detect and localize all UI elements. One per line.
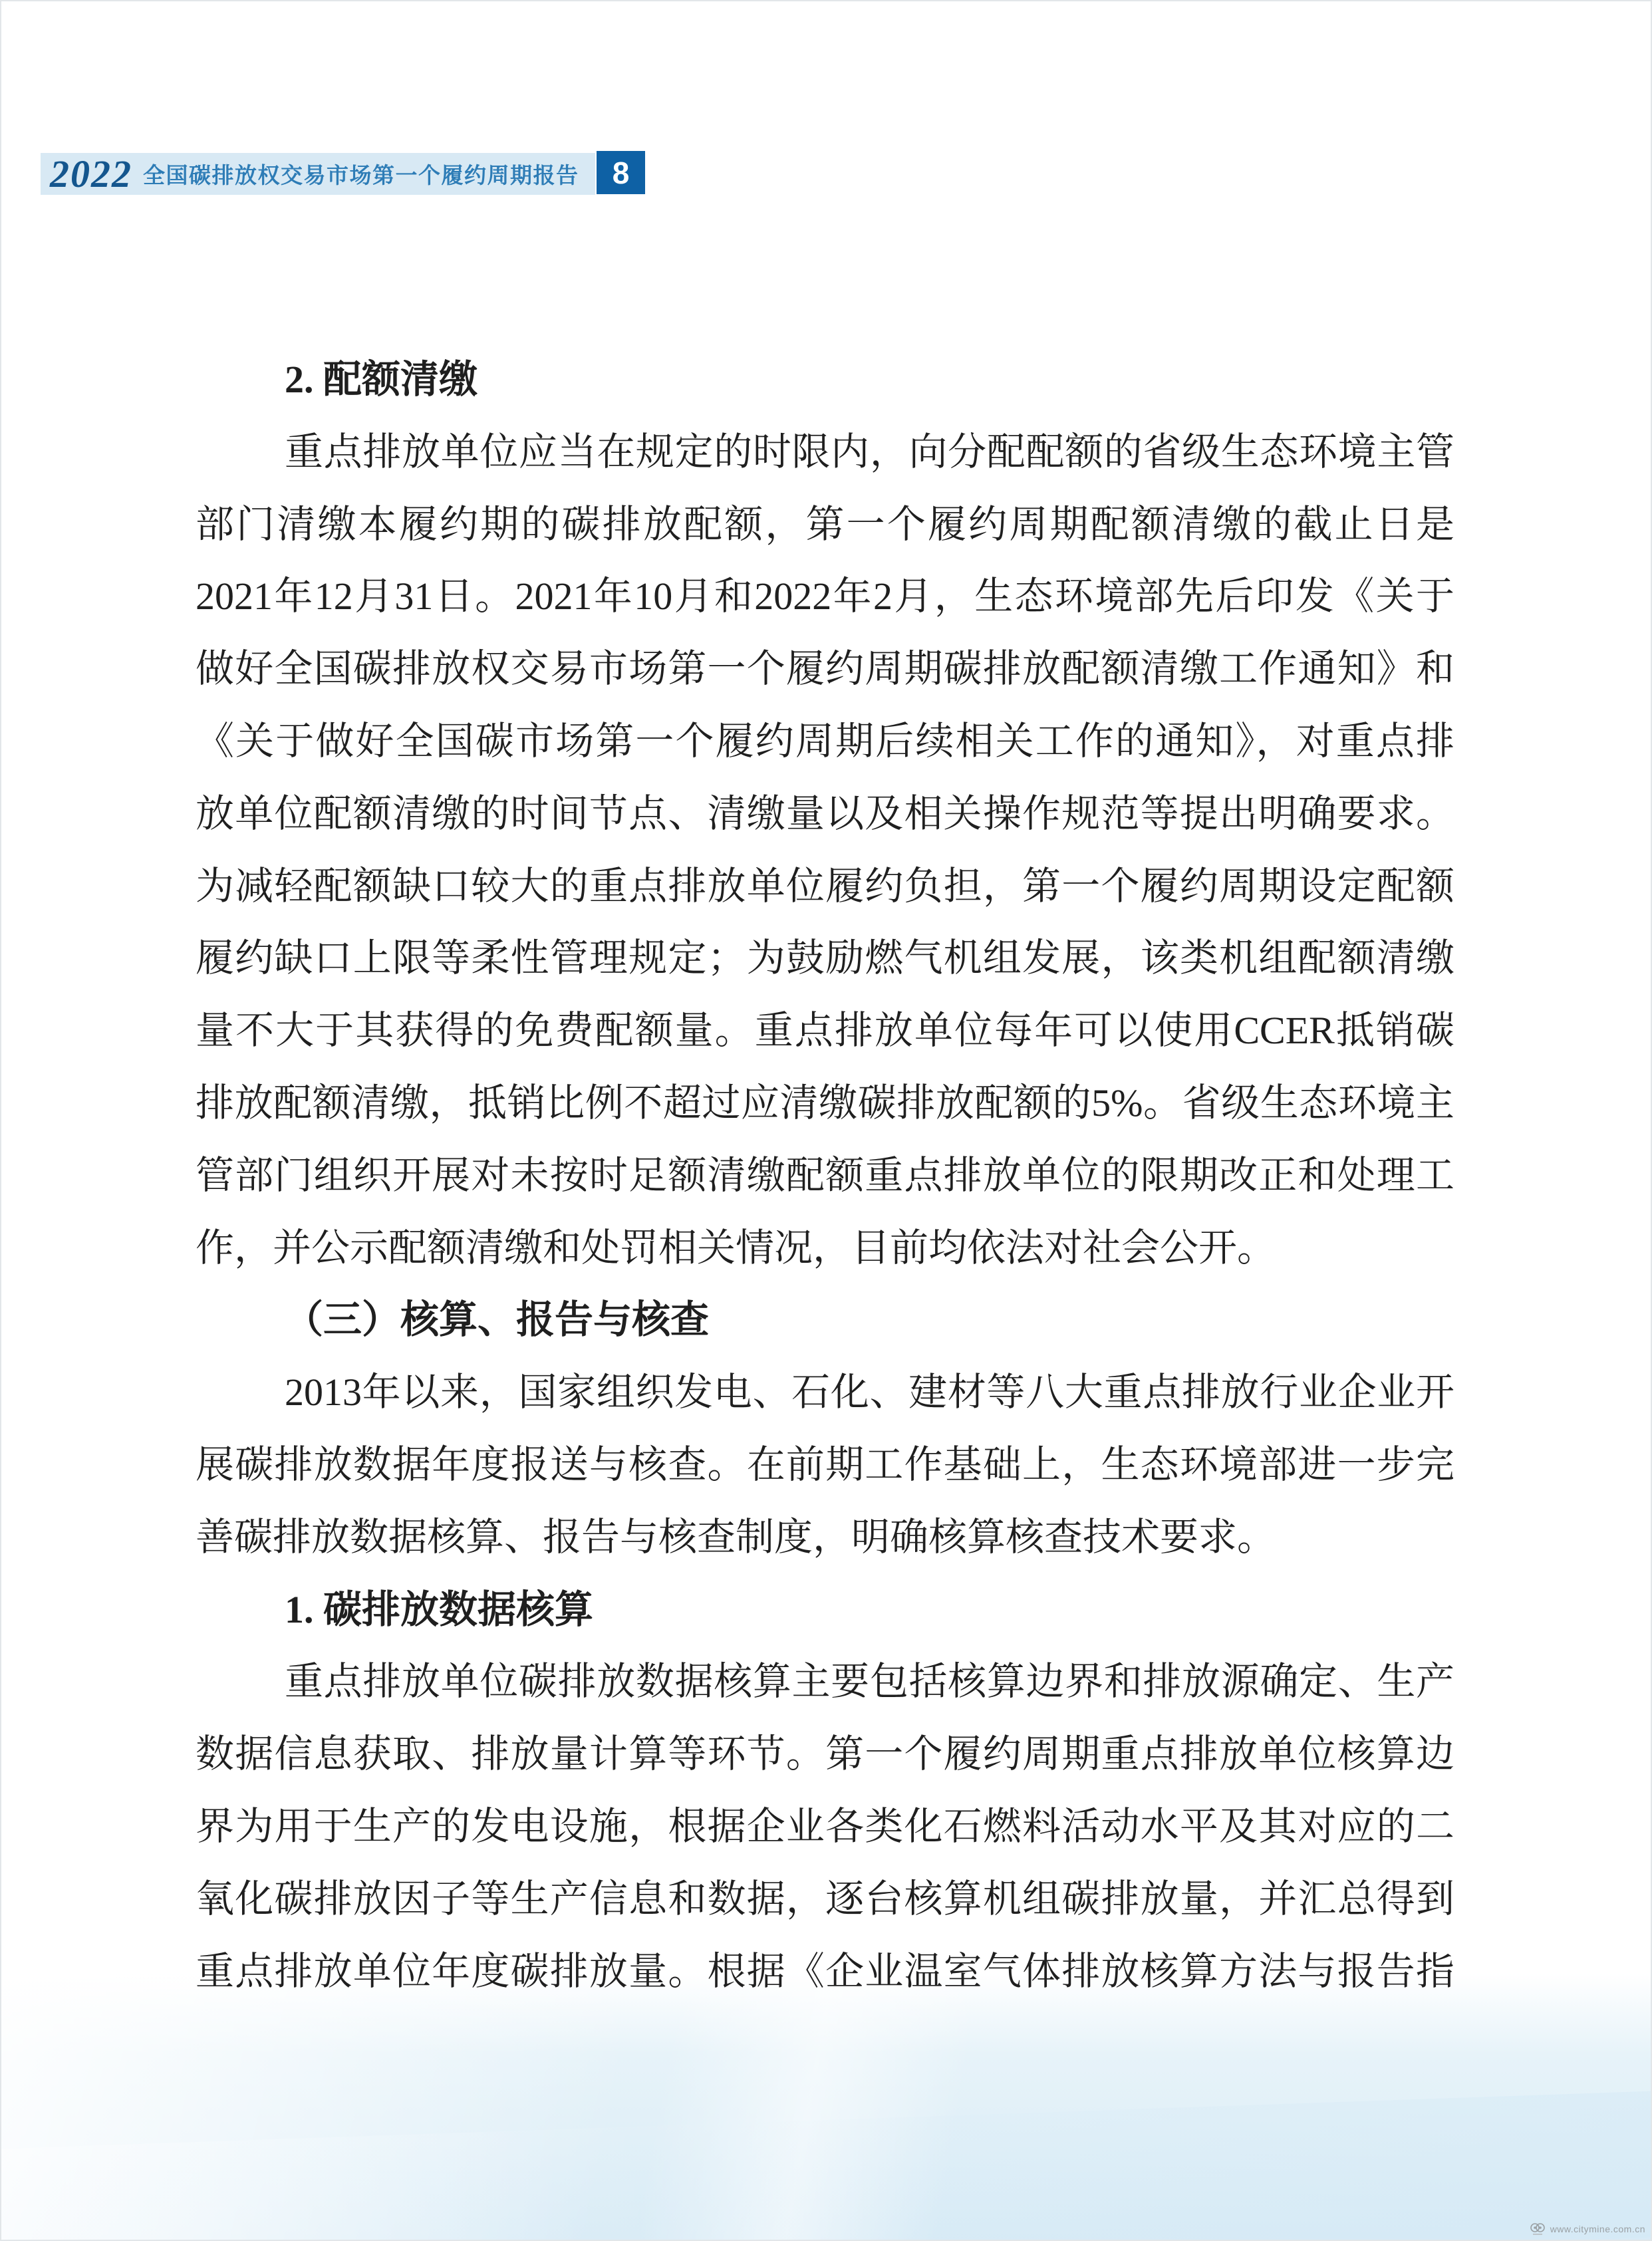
text-line: 部门清缴本履约期的碳排放配额，第一个履约周期配额清缴的截止日是 [196,489,1454,561]
header-bar: 2022 全国碳排放权交易市场第一个履约周期报告 [41,153,595,195]
header-title: 全国碳排放权交易市场第一个履约周期报告 [143,158,579,190]
section-heading: （三）核算、报告与核查 [196,1284,1454,1357]
text-line: 放单位配额清缴的时间节点、清缴量以及相关操作规范等提出明确要求。 [196,778,1454,851]
text-line: 做好全国碳排放权交易市场第一个履约周期碳排放配额清缴工作通知》和 [196,633,1454,706]
text-line: 履约缺口上限等柔性管理规定；为鼓励燃气机组发展，该类机组配额清缴 [196,922,1454,995]
text-line: 善碳排放数据核算、报告与核查制度，明确核算核查技术要求。 [196,1502,1454,1574]
header-year: 2022 [50,155,132,194]
document-body: 2. 配额清缴重点排放单位应当在规定的时限内，向分配配额的省级生态环境主管部门清… [196,344,1454,2008]
text-line: 氧化碳排放因子等生产信息和数据，逐台核算机组碳排放量，并汇总得到 [196,1863,1454,1936]
text-line: 界为用于生产的发电设施，根据企业各类化石燃料活动水平及其对应的二 [196,1791,1454,1863]
footer-wave-decoration [1,1974,1651,2240]
text-line: 数据信息获取、排放量计算等环节。第一个履约周期重点排放单位核算边 [196,1718,1454,1791]
watermark: www.citymine.com.cn [1529,2222,1645,2236]
section-heading: 2. 配额清缴 [196,344,1454,416]
text-line: 量不大于其获得的免费配额量。重点排放单位每年可以使用CCER抵销碳 [196,995,1454,1067]
text-line: 排放配额清缴，抵销比例不超过应清缴碳排放配额的5%。省级生态环境主 [196,1067,1454,1140]
page-number-badge: 8 [597,151,645,194]
document-page: 2022 全国碳排放权交易市场第一个履约周期报告 8 2. 配额清缴重点排放单位… [0,0,1652,2241]
watermark-url: www.citymine.com.cn [1550,2224,1645,2234]
text-line: 重点排放单位碳排放数据核算主要包括核算边界和排放源确定、生产 [196,1646,1454,1718]
text-line: 为减轻配额缺口较大的重点排放单位履约负担，第一个履约周期设定配额 [196,851,1454,923]
text-line: 管部门组织开展对未按时足额清缴配额重点排放单位的限期改正和处理工 [196,1140,1454,1212]
citymine-logo-icon [1529,2222,1546,2236]
text-line: 重点排放单位年度碳排放量。根据《企业温室气体排放核算方法与报告指 [196,1936,1454,2008]
text-line: 重点排放单位应当在规定的时限内，向分配配额的省级生态环境主管 [196,416,1454,489]
section-heading: 1. 碳排放数据核算 [196,1574,1454,1647]
text-line: 展碳排放数据年度报送与核查。在前期工作基础上，生态环境部进一步完 [196,1429,1454,1502]
text-line: 2013年以来，国家组织发电、石化、建材等八大重点排放行业企业开 [196,1357,1454,1429]
text-line: 2021年12月31日。2021年10月和2022年2月，生态环境部先后印发《关… [196,561,1454,633]
text-line: 《关于做好全国碳市场第一个履约周期后续相关工作的通知》，对重点排 [196,706,1454,778]
text-line: 作，并公示配额清缴和处罚相关情况，目前均依法对社会公开。 [196,1212,1454,1285]
